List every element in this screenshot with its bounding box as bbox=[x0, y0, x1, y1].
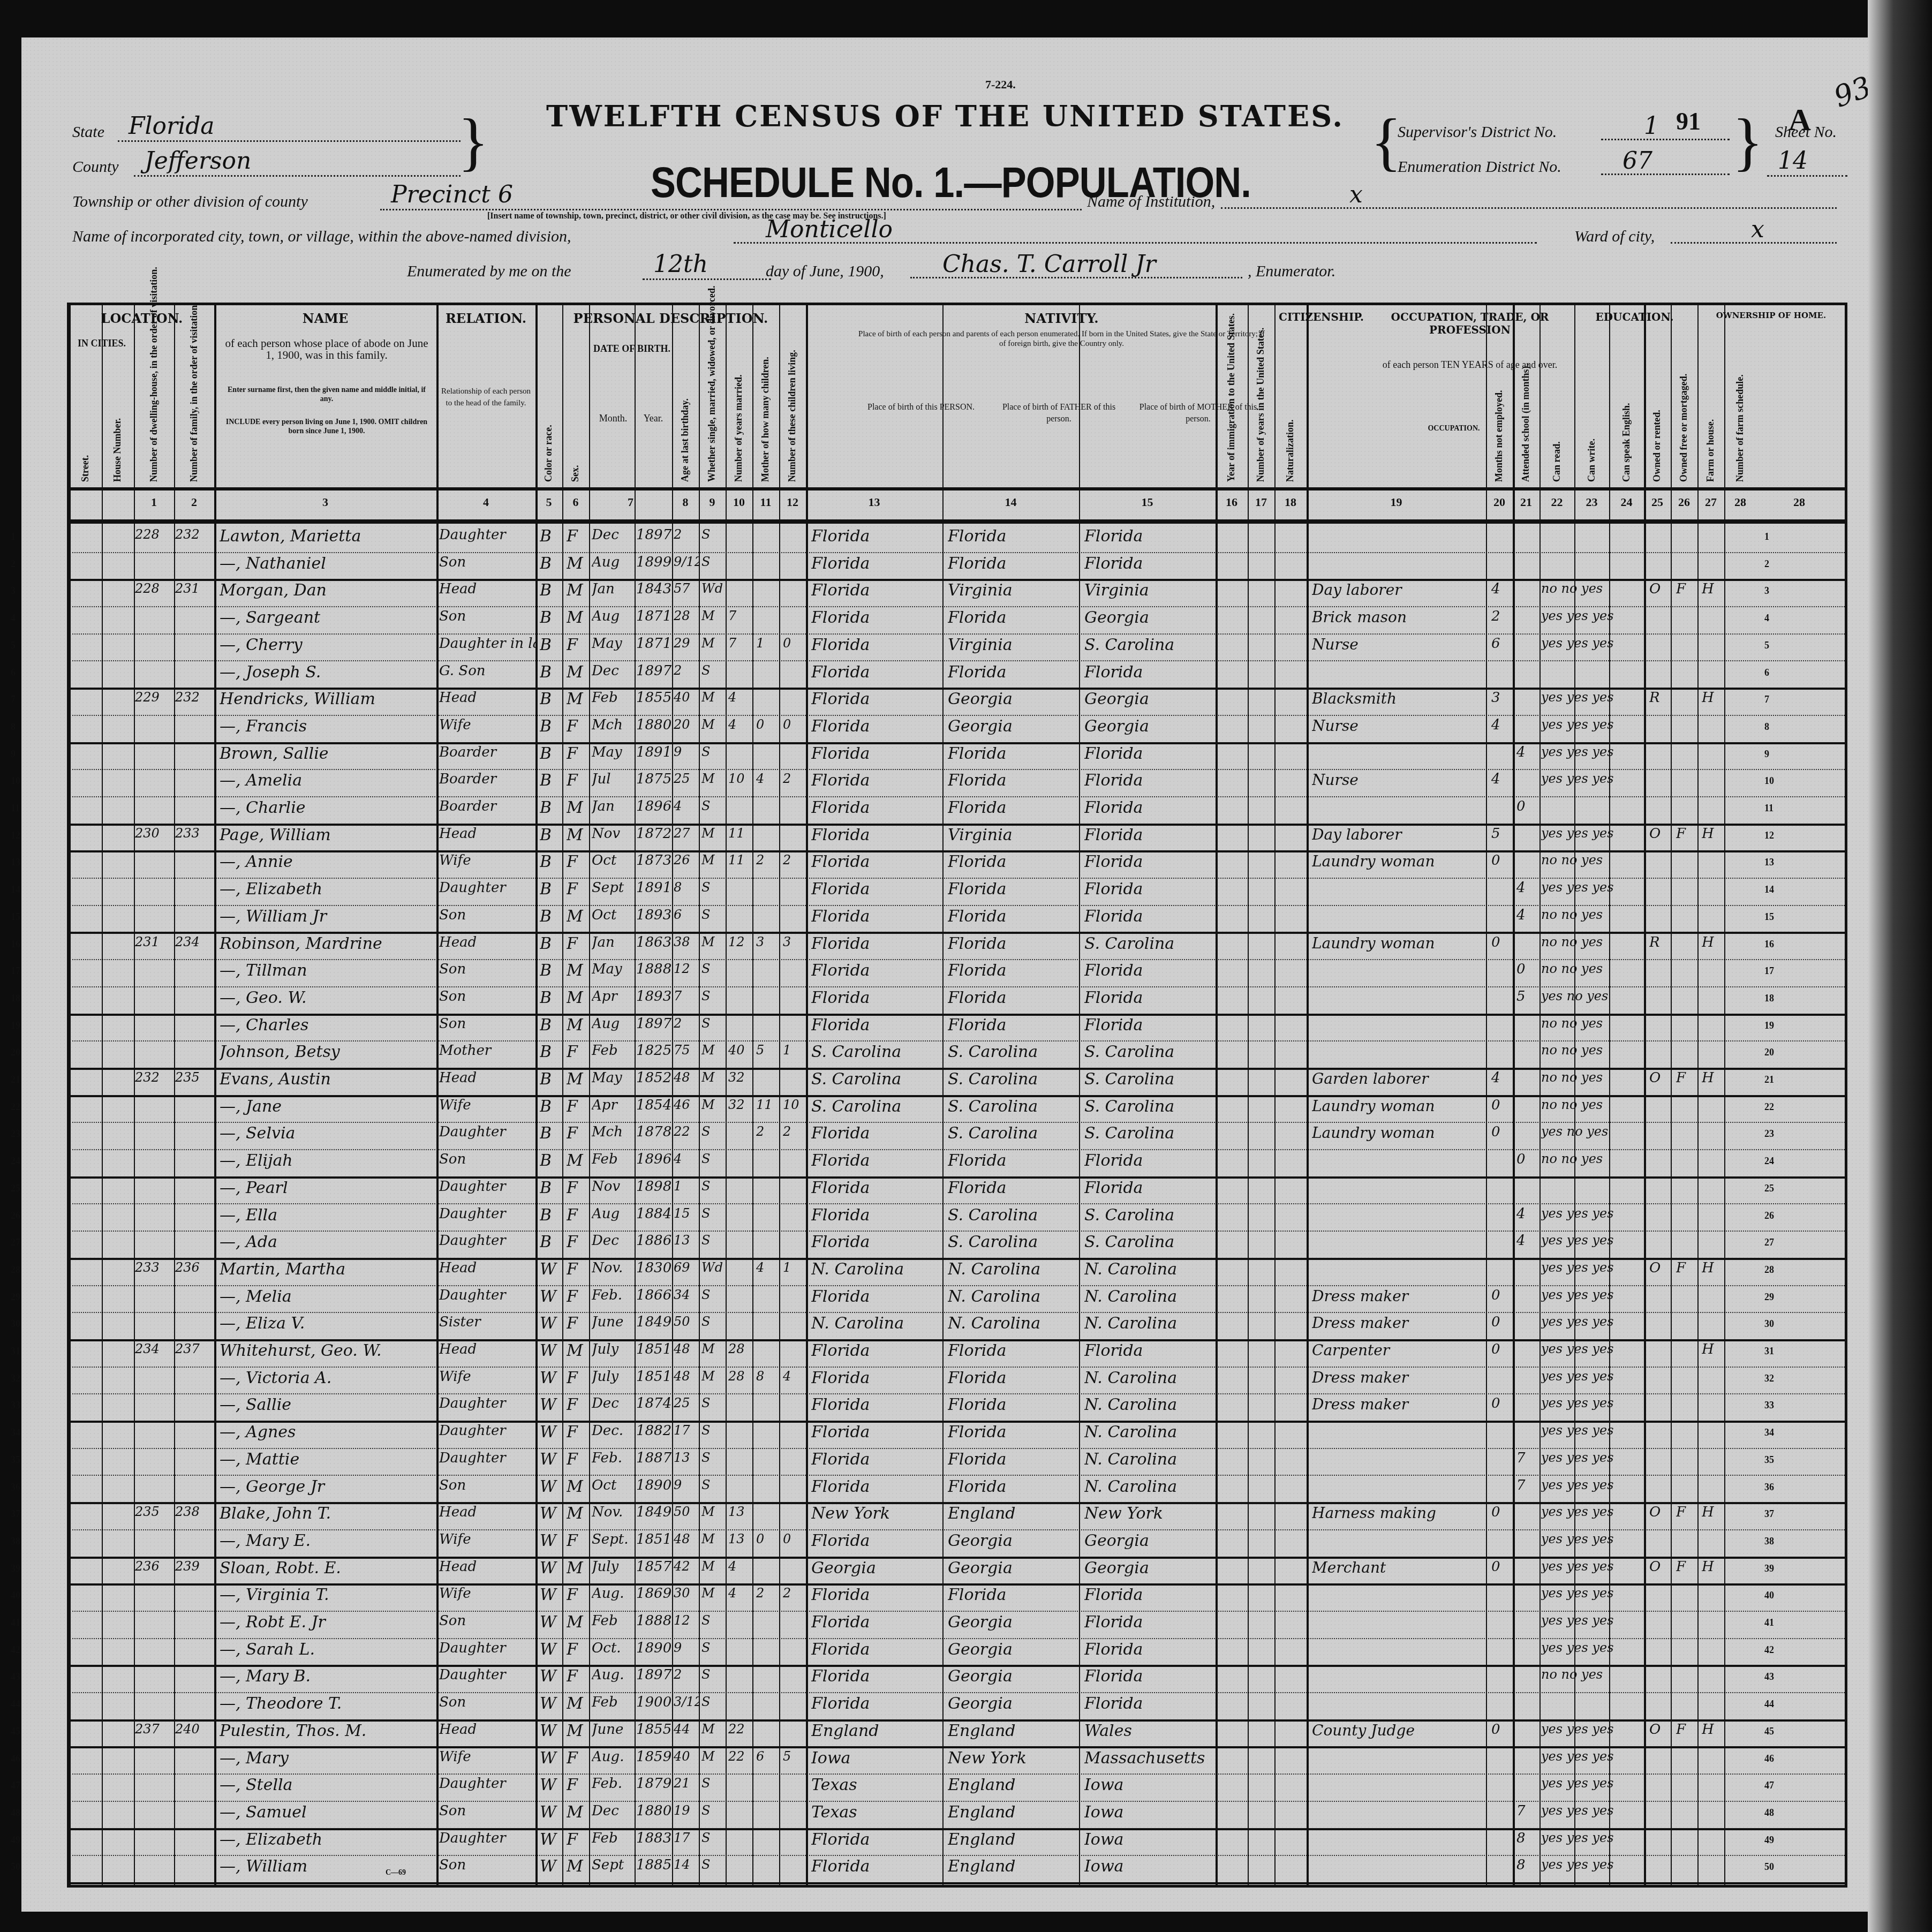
color-race: B bbox=[540, 1097, 561, 1116]
person-name: Sloan, Robt. E. bbox=[220, 1559, 434, 1578]
person-name: —, Robt E. Jr bbox=[220, 1613, 434, 1632]
family-number: 237 bbox=[175, 1341, 214, 1356]
line-number-left: 46 bbox=[11, 1753, 20, 1764]
supervisor-label: Supervisor's District No. bbox=[1398, 123, 1557, 141]
birthplace-father: S. Carolina bbox=[948, 1097, 1079, 1116]
marital-status: S bbox=[701, 1803, 726, 1818]
column-number: 3 bbox=[214, 495, 436, 509]
birthplace-father: Florida bbox=[948, 907, 1079, 926]
attended-school: 0 bbox=[1516, 1151, 1538, 1167]
age: 13 bbox=[674, 1233, 699, 1248]
table-row: —, AmeliaBoarderBFJul187525M1042FloridaF… bbox=[70, 769, 1845, 797]
occupation: Nurse bbox=[1312, 771, 1486, 789]
table-row: —, StellaDaughterWFFeb.187921STexasEngla… bbox=[70, 1773, 1845, 1802]
color-race: W bbox=[540, 1722, 561, 1740]
person-name: —, Annie bbox=[220, 852, 434, 871]
marital-status: S bbox=[701, 1179, 726, 1194]
read-write-english: yes yes yes bbox=[1541, 1260, 1643, 1275]
relation: Head bbox=[439, 934, 535, 950]
line-number: 2 bbox=[1764, 559, 1769, 570]
column-divider bbox=[1724, 305, 1725, 1885]
birth-month: Dec bbox=[592, 1803, 635, 1819]
family-number: 238 bbox=[175, 1504, 214, 1519]
birthplace-person: Texas bbox=[811, 1803, 942, 1822]
attended-school: 7 bbox=[1516, 1450, 1538, 1466]
county-field[interactable]: Jefferson bbox=[134, 147, 461, 177]
color-race: B bbox=[540, 1233, 561, 1251]
line-number-left: 12 bbox=[11, 830, 20, 841]
marital-status: M bbox=[701, 826, 726, 841]
column-divider bbox=[1486, 305, 1487, 1885]
line-number: 8 bbox=[1764, 721, 1769, 733]
children-living: 10 bbox=[783, 1097, 805, 1112]
marital-status: S bbox=[701, 1640, 726, 1655]
marital-status: M bbox=[701, 934, 726, 949]
column-header-years-married: Number of years married. bbox=[733, 353, 744, 482]
sheet-field[interactable]: 14 bbox=[1767, 147, 1847, 177]
line-number-left: 11 bbox=[11, 803, 20, 814]
birth-month: Sept bbox=[592, 880, 635, 896]
occupation: Dress maker bbox=[1312, 1287, 1486, 1305]
line-number-left: 22 bbox=[11, 1101, 20, 1113]
column-number: 24 bbox=[1609, 495, 1644, 509]
ward-field[interactable]: x bbox=[1671, 216, 1837, 244]
column-divider bbox=[1079, 305, 1080, 1885]
birth-month: May bbox=[592, 961, 635, 977]
occupation-sub-label: OCCUPATION. bbox=[1373, 423, 1534, 435]
years-married: 22 bbox=[728, 1722, 752, 1737]
children-living: 0 bbox=[783, 1531, 805, 1546]
person-name: —, Charles bbox=[220, 1016, 434, 1035]
farm-or-house: H bbox=[1702, 690, 1723, 706]
column-divider bbox=[535, 305, 538, 1885]
table-row: —, CherryDaughter in lawBFMay187129M710F… bbox=[70, 633, 1845, 662]
institution-field[interactable]: x bbox=[1221, 181, 1837, 209]
birthplace-mother: Wales bbox=[1084, 1722, 1216, 1740]
column-number: 28 bbox=[1756, 495, 1842, 509]
column-number: 28 bbox=[1724, 495, 1756, 509]
birth-year: 1843 bbox=[636, 581, 673, 597]
line-number: 42 bbox=[1764, 1644, 1774, 1656]
birth-month: May bbox=[592, 744, 635, 760]
sex: F bbox=[567, 1369, 588, 1387]
birthplace-person: Florida bbox=[811, 934, 942, 953]
birth-month: Oct. bbox=[592, 1640, 635, 1656]
color-race: W bbox=[540, 1423, 561, 1442]
table-row: —, Robt E. JrSonWMFeb188812SFloridaGeorg… bbox=[70, 1611, 1845, 1639]
person-name: —, Ella bbox=[220, 1206, 434, 1225]
enumerated-day-field[interactable]: 12th bbox=[643, 251, 771, 280]
birth-month: Jan bbox=[592, 581, 635, 597]
birth-year: 1866 bbox=[636, 1287, 673, 1303]
birth-month: Nov. bbox=[592, 1504, 635, 1520]
sex: F bbox=[567, 1043, 588, 1061]
marital-status: M bbox=[701, 1043, 726, 1058]
family-number: 236 bbox=[175, 1260, 214, 1275]
color-race: B bbox=[540, 581, 561, 600]
person-name: —, Samuel bbox=[220, 1803, 434, 1822]
birth-month: Aug. bbox=[592, 1586, 635, 1602]
farm-or-house: H bbox=[1702, 934, 1723, 950]
dwelling-number: 236 bbox=[135, 1559, 173, 1574]
sex: M bbox=[567, 798, 588, 817]
table-row: —, MeliaDaughterWFFeb.186634SFloridaN. C… bbox=[70, 1285, 1845, 1314]
column-header-years-us: Number of years in the United States. bbox=[1255, 353, 1266, 482]
person-name: —, Elizabeth bbox=[220, 1830, 434, 1849]
birthplace-mother: Georgia bbox=[1084, 608, 1216, 627]
person-name: Whitehurst, Geo. W. bbox=[220, 1341, 434, 1360]
scan-edge-shadow bbox=[1868, 0, 1932, 1932]
color-race: B bbox=[540, 1151, 561, 1170]
column-number: 13 bbox=[806, 495, 942, 509]
table-row: —, WilliamSonWMSept188514SFloridaEngland… bbox=[70, 1855, 1845, 1884]
birth-month: Sept. bbox=[592, 1531, 635, 1548]
line-number: 3 bbox=[1764, 585, 1769, 597]
occupation: Merchant bbox=[1312, 1559, 1486, 1576]
years-married: 40 bbox=[728, 1043, 752, 1058]
farm-or-house: H bbox=[1702, 1722, 1723, 1738]
person-name: —, Sargeant bbox=[220, 608, 434, 627]
color-race: B bbox=[540, 1179, 561, 1197]
birthplace-mother: Florida bbox=[1084, 554, 1216, 573]
birth-year: 1849 bbox=[636, 1504, 673, 1520]
age: 2 bbox=[674, 663, 699, 678]
birthplace-person: Florida bbox=[811, 1450, 942, 1469]
age: 25 bbox=[674, 771, 699, 786]
birth-year: 1825 bbox=[636, 1043, 673, 1059]
table-row: —, CharlieBoarderBMJan18964SFloridaFlori… bbox=[70, 796, 1845, 826]
marital-status: S bbox=[701, 1423, 726, 1438]
birthplace-mother: Georgia bbox=[1084, 1559, 1216, 1578]
age: 30 bbox=[674, 1586, 699, 1601]
sex: M bbox=[567, 608, 588, 627]
birthplace-mother: S. Carolina bbox=[1084, 1233, 1216, 1251]
family-number: 233 bbox=[175, 826, 214, 841]
color-race: W bbox=[540, 1341, 561, 1360]
table-row: 229232Hendricks, WilliamHeadBMFeb185540M… bbox=[70, 688, 1845, 716]
read-write-english: no no yes bbox=[1541, 934, 1643, 949]
birthplace-father: Georgia bbox=[948, 1531, 1079, 1550]
line-number: 19 bbox=[1764, 1020, 1774, 1031]
years-married: 32 bbox=[728, 1097, 752, 1112]
months-unemployed: 0 bbox=[1491, 852, 1513, 869]
line-number: 39 bbox=[1764, 1563, 1774, 1574]
birth-month: Nov bbox=[592, 1179, 635, 1195]
table-row: —, EllaDaughterBFAug188415SFloridaS. Car… bbox=[70, 1204, 1845, 1232]
enumerator-field[interactable]: Chas. T. Carroll Jr bbox=[910, 251, 1242, 278]
relation: Head bbox=[439, 826, 535, 842]
birthplace-mother: Iowa bbox=[1084, 1830, 1216, 1849]
birthplace-person: New York bbox=[811, 1504, 942, 1523]
marital-status: S bbox=[701, 1124, 726, 1139]
age: 9 bbox=[674, 1477, 699, 1492]
birthplace-mother: S. Carolina bbox=[1084, 1097, 1216, 1116]
marital-status: M bbox=[701, 1559, 726, 1574]
birth-year: 1869 bbox=[636, 1586, 673, 1602]
mother-of-children: 11 bbox=[756, 1097, 779, 1112]
column-divider bbox=[214, 305, 216, 1885]
mother-of-children: 0 bbox=[756, 1531, 779, 1546]
township-field[interactable]: Precinct 6 bbox=[380, 181, 1082, 210]
marital-status: M bbox=[701, 852, 726, 867]
line-number-left: 14 bbox=[11, 884, 20, 895]
family-number: 232 bbox=[175, 527, 214, 542]
color-race: B bbox=[540, 690, 561, 708]
marital-status: S bbox=[701, 988, 726, 1003]
read-write-english: yes yes yes bbox=[1541, 771, 1643, 786]
relation: Head bbox=[439, 1341, 535, 1357]
column-number: 2 bbox=[174, 495, 214, 509]
column-number: 22 bbox=[1539, 495, 1574, 509]
line-number: 50 bbox=[1764, 1861, 1774, 1873]
city-field[interactable]: Monticello bbox=[734, 216, 1537, 244]
dwelling-number: 233 bbox=[135, 1260, 173, 1275]
age: 40 bbox=[674, 1749, 699, 1764]
state-field[interactable]: Florida bbox=[118, 112, 461, 142]
column-number: 14 bbox=[942, 495, 1079, 509]
birthplace-father: Virginia bbox=[948, 581, 1079, 600]
pob-person-label: Place of birth of this PERSON. bbox=[854, 402, 988, 413]
birth-month: Oct bbox=[592, 1477, 635, 1493]
read-write-english: yes yes yes bbox=[1541, 1830, 1643, 1845]
birth-year: 1887 bbox=[636, 1450, 673, 1466]
mother-of-children: 1 bbox=[756, 636, 779, 651]
person-name: —, Virginia T. bbox=[220, 1586, 434, 1604]
column-number: 25 bbox=[1644, 495, 1671, 509]
birth-year: 1891 bbox=[636, 880, 673, 896]
line-number: 40 bbox=[1764, 1590, 1774, 1601]
mother-of-children: 4 bbox=[756, 1260, 779, 1275]
birth-year: 1883 bbox=[636, 1830, 673, 1846]
birth-month: Apr bbox=[592, 1097, 635, 1113]
person-name: —, Stella bbox=[220, 1776, 434, 1794]
birth-month: Dec bbox=[592, 1395, 635, 1412]
birth-month: Feb. bbox=[592, 1450, 635, 1466]
birth-month: Feb. bbox=[592, 1287, 635, 1303]
read-write-english: no no yes bbox=[1541, 1043, 1643, 1058]
read-write-english: yes yes yes bbox=[1541, 826, 1643, 841]
birthplace-person: S. Carolina bbox=[811, 1070, 942, 1089]
birthplace-mother: Iowa bbox=[1084, 1803, 1216, 1822]
person-name: —, Sarah L. bbox=[220, 1640, 434, 1659]
county-label: County bbox=[72, 158, 119, 176]
months-unemployed: 4 bbox=[1491, 1070, 1513, 1086]
birthplace-mother: New York bbox=[1084, 1504, 1216, 1523]
color-race: B bbox=[540, 663, 561, 682]
birthplace-person: Florida bbox=[811, 608, 942, 627]
read-write-english: no no yes bbox=[1541, 1151, 1643, 1166]
person-name: —, George Jr bbox=[220, 1477, 434, 1496]
years-married: 4 bbox=[728, 690, 752, 705]
person-name: —, Mary E. bbox=[220, 1531, 434, 1550]
occupation-description: of each person TEN YEARS of age and over… bbox=[1376, 359, 1564, 371]
line-number-left: 34 bbox=[11, 1427, 20, 1438]
color-race: B bbox=[540, 636, 561, 654]
birth-month: Feb. bbox=[592, 1776, 635, 1792]
birthplace-person: Florida bbox=[811, 1857, 942, 1876]
date-of-birth-label: DATE OF BIRTH. bbox=[589, 343, 675, 354]
read-write-english: no no yes bbox=[1541, 852, 1643, 867]
years-married: 32 bbox=[728, 1070, 752, 1085]
birthplace-mother: N. Carolina bbox=[1084, 1450, 1216, 1469]
years-married: 28 bbox=[728, 1341, 752, 1356]
line-number-left: 36 bbox=[11, 1482, 20, 1493]
column-header-children-living: Number of these children living. bbox=[787, 353, 798, 482]
birthplace-person: Florida bbox=[811, 1151, 942, 1170]
birthplace-father: Florida bbox=[948, 1341, 1079, 1360]
table-row: —, Sarah L.DaughterWFOct.18909SFloridaGe… bbox=[70, 1638, 1845, 1667]
table-row: 236239Sloan, Robt. E.HeadWMJuly185742M4G… bbox=[70, 1557, 1845, 1586]
line-number: 12 bbox=[1764, 830, 1774, 841]
table-row: —, JaneWifeBFApr185446M321110S. Carolina… bbox=[70, 1095, 1845, 1123]
relation: Daughter bbox=[439, 1124, 535, 1140]
birth-year: 1888 bbox=[636, 1613, 673, 1629]
read-write-english: yes no yes bbox=[1541, 988, 1643, 1003]
birth-month: Sept bbox=[592, 1857, 635, 1873]
column-header-dwelling: Number of dwelling-house, in the order o… bbox=[148, 353, 160, 482]
relation: Daughter bbox=[439, 1776, 535, 1792]
person-name: —, Cherry bbox=[220, 636, 434, 654]
attended-school: 4 bbox=[1516, 1206, 1538, 1222]
column-header-english: Can speak English. bbox=[1621, 353, 1632, 482]
marital-status: S bbox=[701, 880, 726, 895]
years-married: 13 bbox=[728, 1531, 752, 1546]
relation: Son bbox=[439, 961, 535, 977]
birthplace-mother: Virginia bbox=[1084, 581, 1216, 600]
months-unemployed: 6 bbox=[1491, 636, 1513, 652]
line-number-left: 4 bbox=[11, 613, 16, 624]
birthplace-father: Virginia bbox=[948, 636, 1079, 654]
person-name: —, Selvia bbox=[220, 1124, 434, 1143]
birth-year: 1872 bbox=[636, 826, 673, 842]
relation: Head bbox=[439, 1722, 535, 1738]
line-number: 30 bbox=[1764, 1318, 1774, 1330]
table-row: —, ElijahSonBMFeb18964SFloridaFloridaFlo… bbox=[70, 1149, 1845, 1179]
sex: M bbox=[567, 1341, 588, 1360]
occupation: Day laborer bbox=[1312, 826, 1486, 843]
relation: Mother bbox=[439, 1043, 535, 1059]
months-unemployed: 0 bbox=[1491, 1559, 1513, 1575]
line-number-left: 23 bbox=[11, 1128, 20, 1139]
color-race: W bbox=[540, 1450, 561, 1469]
table-row: —, PearlDaughterBFNov18981SFloridaFlorid… bbox=[70, 1176, 1845, 1205]
column-number: 8 bbox=[672, 495, 699, 509]
line-number: 41 bbox=[1764, 1617, 1774, 1628]
sex: F bbox=[567, 1531, 588, 1550]
owned-or-rented: O bbox=[1649, 1260, 1671, 1276]
birth-month: Feb bbox=[592, 1043, 635, 1059]
marital-status: Wd bbox=[701, 581, 726, 596]
relation: Wife bbox=[439, 1749, 535, 1765]
years-married: 13 bbox=[728, 1504, 752, 1519]
birthplace-person: Florida bbox=[811, 1206, 942, 1225]
age: 46 bbox=[674, 1097, 699, 1112]
line-number-left: 42 bbox=[11, 1644, 20, 1656]
birthplace-person: Florida bbox=[811, 1830, 942, 1849]
mother-of-children: 0 bbox=[756, 717, 779, 732]
sex: F bbox=[567, 1830, 588, 1849]
children-living: 2 bbox=[783, 1586, 805, 1601]
years-married: 22 bbox=[728, 1749, 752, 1764]
age: 50 bbox=[674, 1314, 699, 1329]
color-race: B bbox=[540, 988, 561, 1007]
marital-status: S bbox=[701, 1830, 726, 1845]
read-write-english: yes yes yes bbox=[1541, 880, 1643, 895]
attended-school: 5 bbox=[1516, 988, 1538, 1005]
relation: Daughter bbox=[439, 1830, 535, 1846]
owned-or-rented: O bbox=[1649, 581, 1671, 597]
farm-or-house: H bbox=[1702, 1260, 1723, 1276]
birthplace-father: England bbox=[948, 1504, 1079, 1523]
line-number-left: 32 bbox=[11, 1373, 20, 1384]
column-header-street: Street. bbox=[80, 353, 91, 482]
birthplace-father: Florida bbox=[948, 961, 1079, 980]
column-number: 9 bbox=[699, 495, 726, 509]
line-number-left: 26 bbox=[11, 1210, 20, 1221]
column-header-read: Can read. bbox=[1551, 353, 1563, 482]
line-number: 9 bbox=[1764, 749, 1769, 760]
read-write-english: yes yes yes bbox=[1541, 1559, 1643, 1574]
birthplace-person: Florida bbox=[811, 527, 942, 546]
column-header-sex: Sex. bbox=[570, 353, 581, 482]
sheet-label: Sheet No. bbox=[1775, 123, 1837, 141]
read-write-english: yes yes yes bbox=[1541, 1857, 1643, 1872]
column-number: 18 bbox=[1274, 495, 1307, 509]
brace-district: } bbox=[1371, 110, 1402, 174]
person-name: —, Jane bbox=[220, 1097, 434, 1116]
marital-status: S bbox=[701, 1613, 726, 1628]
mother-of-children: 6 bbox=[756, 1749, 779, 1764]
relation: Head bbox=[439, 1504, 535, 1520]
age: 9 bbox=[674, 744, 699, 759]
table-row: —, CharlesSonBMAug18972SFloridaFloridaFl… bbox=[70, 1014, 1845, 1042]
birthplace-father: Florida bbox=[948, 1423, 1079, 1442]
birth-month: Feb bbox=[592, 1613, 635, 1629]
years-married: 12 bbox=[728, 934, 752, 949]
person-name: Martin, Martha bbox=[220, 1260, 434, 1279]
supervisor-field[interactable]: 1 bbox=[1601, 112, 1730, 140]
enumeration-district-field[interactable]: 67 bbox=[1601, 147, 1730, 175]
occupation: Brick mason bbox=[1312, 608, 1486, 626]
line-number-left: 15 bbox=[11, 911, 20, 923]
marital-status: S bbox=[701, 1016, 726, 1031]
birthplace-person: Iowa bbox=[811, 1749, 942, 1768]
months-unemployed: 0 bbox=[1491, 934, 1513, 950]
line-number: 43 bbox=[1764, 1671, 1774, 1682]
column-number: 19 bbox=[1307, 495, 1486, 509]
attended-school: 4 bbox=[1516, 907, 1538, 923]
months-unemployed: 0 bbox=[1491, 1314, 1513, 1330]
sex: F bbox=[567, 1206, 588, 1225]
birthplace-mother: Florida bbox=[1084, 527, 1216, 546]
line-number: 4 bbox=[1764, 613, 1769, 624]
birthplace-father: Florida bbox=[948, 744, 1079, 763]
birthplace-father: Georgia bbox=[948, 1667, 1079, 1686]
column-number: 15 bbox=[1079, 495, 1216, 509]
owned-or-rented: R bbox=[1649, 690, 1671, 706]
read-write-english: yes yes yes bbox=[1541, 1395, 1643, 1410]
column-number: 21 bbox=[1513, 495, 1539, 509]
table-row: —, Mary E.WifeWFSept.185148M1300FloridaG… bbox=[70, 1529, 1845, 1559]
birth-year: 1885 bbox=[636, 1857, 673, 1873]
mother-of-children: 2 bbox=[756, 1586, 779, 1601]
sex: F bbox=[567, 1314, 588, 1333]
marital-status: S bbox=[701, 1233, 726, 1248]
birth-year: 1878 bbox=[636, 1124, 673, 1140]
column-divider bbox=[752, 305, 753, 1885]
birthplace-person: Florida bbox=[811, 581, 942, 600]
age: 27 bbox=[674, 826, 699, 841]
